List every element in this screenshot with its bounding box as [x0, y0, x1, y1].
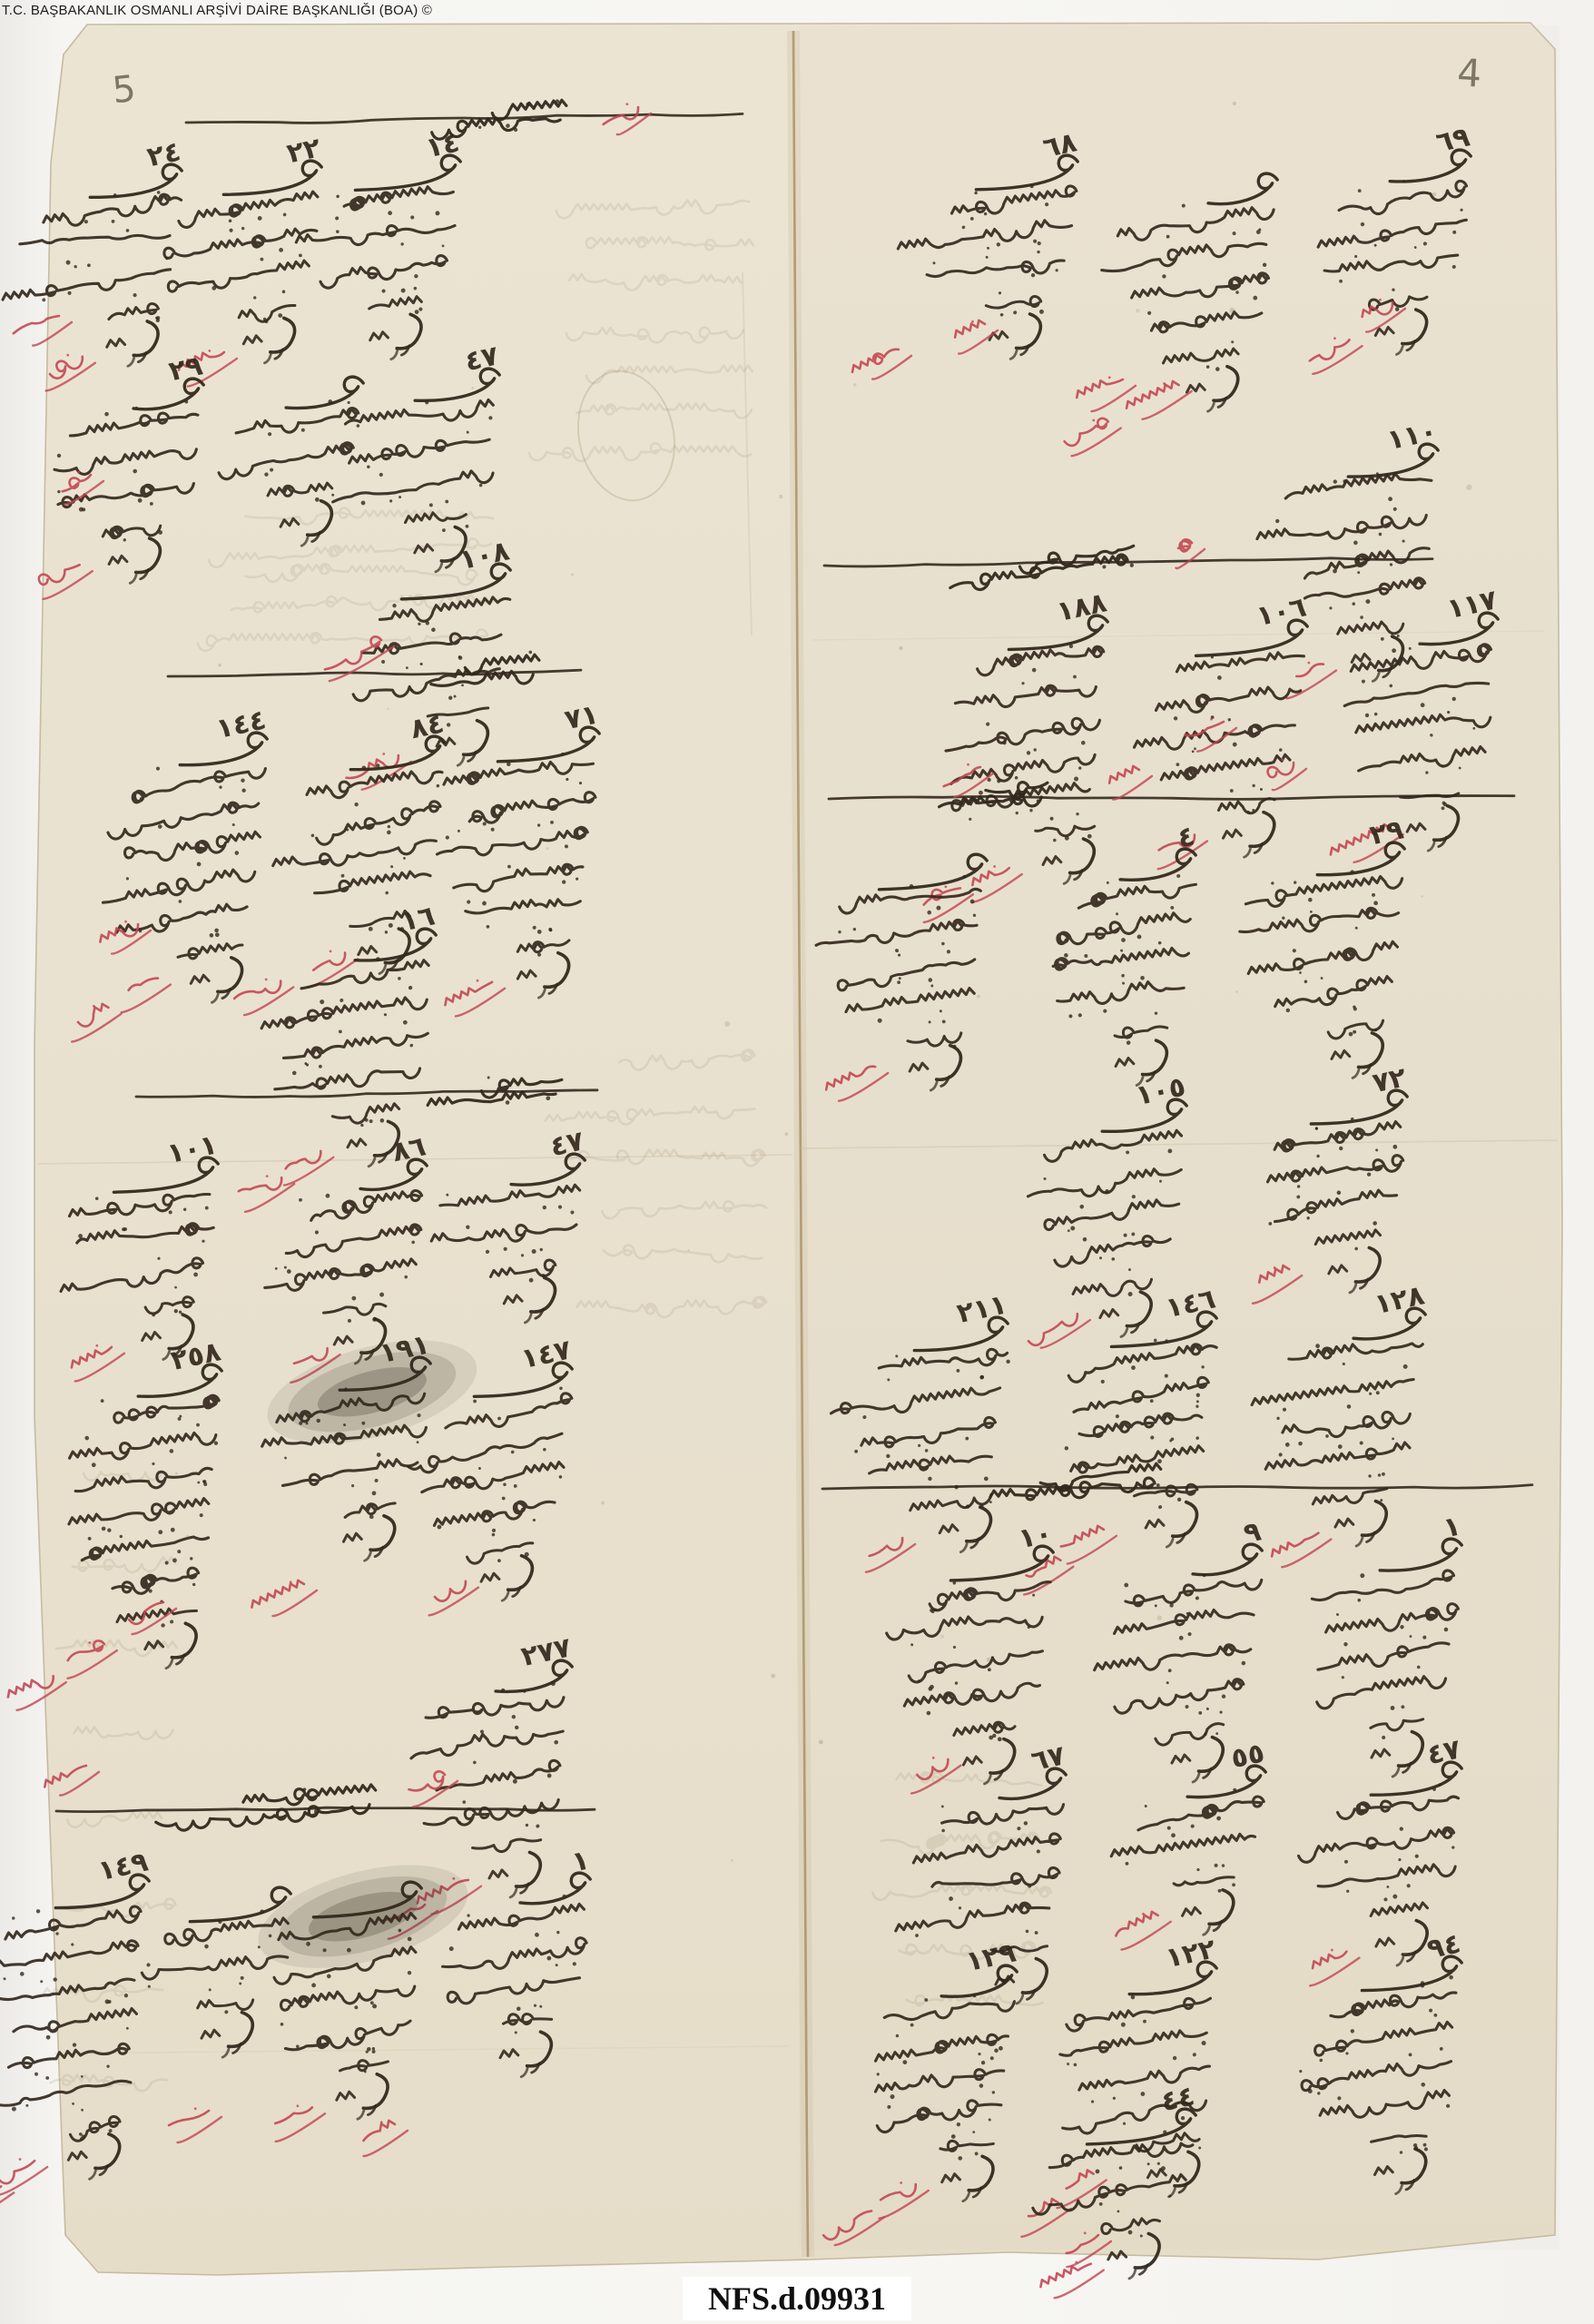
catalog-number: NFS.d.09931: [683, 2277, 911, 2320]
red-annotation: [1037, 2252, 1106, 2302]
manuscript-page-spread: 5 4 ١٤٢٢٢٤٤٧٢٩١٠٨٧١٨٤١٤٤١٦٤٧٨٦١٠١١٤٧١٩١٢…: [0, 0, 1594, 2324]
watermark: T.C. BAŞBAKANLIK OSMANLI ARŞİVİ DAİRE BA…: [2, 3, 432, 18]
page-number-pencil-left: 5: [111, 68, 138, 112]
red-annotation: [0, 2150, 50, 2196]
page-number-pencil-right: 4: [1456, 50, 1482, 95]
archive-scan: T.C. BAŞBAKANLIK OSMANLI ARŞİVİ DAİRE BA…: [0, 0, 1594, 2324]
